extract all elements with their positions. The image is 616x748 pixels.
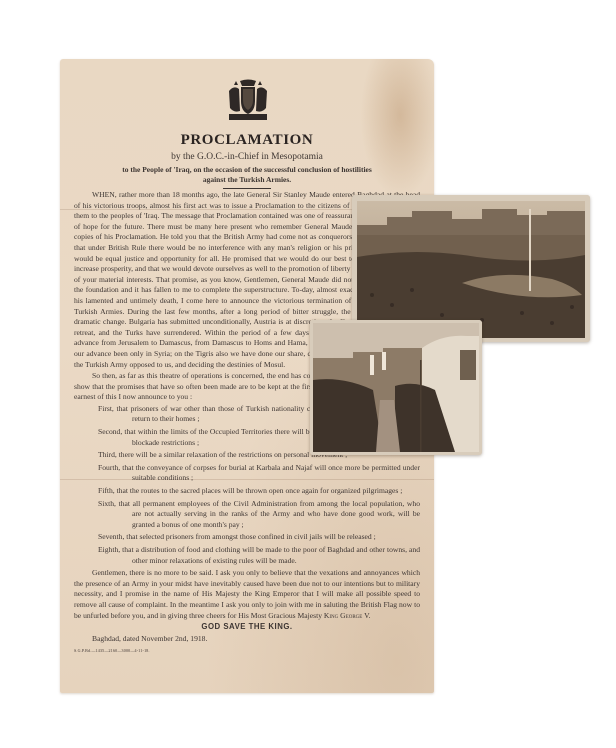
- king-name: King George V.: [324, 611, 371, 620]
- street-procession-photo: [310, 320, 482, 455]
- document-subtitle: by the G.O.C.-in-Chief in Mesopotamia: [60, 152, 434, 162]
- list-item: Fourth, that the conveyance of corpses f…: [98, 463, 420, 484]
- title-divider: [223, 188, 271, 189]
- list-item: Fifth, that the routes to the sacred pla…: [98, 486, 420, 497]
- list-item: Seventh, that selected prisoners from am…: [98, 532, 420, 543]
- addressee-line: against the Turkish Armies.: [60, 175, 434, 184]
- god-save-the-king: GOD SAVE THE KING.: [74, 622, 420, 633]
- printer-mark: S.G.P.Bd.—1435—2160—3000—4-11-18.: [74, 646, 420, 657]
- document-title: PROCLAMATION: [60, 132, 434, 149]
- list-item: Eighth, that a distribution of food and …: [98, 545, 420, 566]
- closing-paragraph: Gentlemen, there is no more to be said. …: [74, 568, 420, 621]
- list-item: Sixth, that all permanent employees of t…: [98, 499, 420, 531]
- date-line: Baghdad, dated November 2nd, 1918.: [74, 634, 420, 645]
- royal-coat-of-arms-icon: [226, 77, 270, 123]
- addressee-line: to the People of 'Iraq, on the occasion …: [60, 165, 434, 174]
